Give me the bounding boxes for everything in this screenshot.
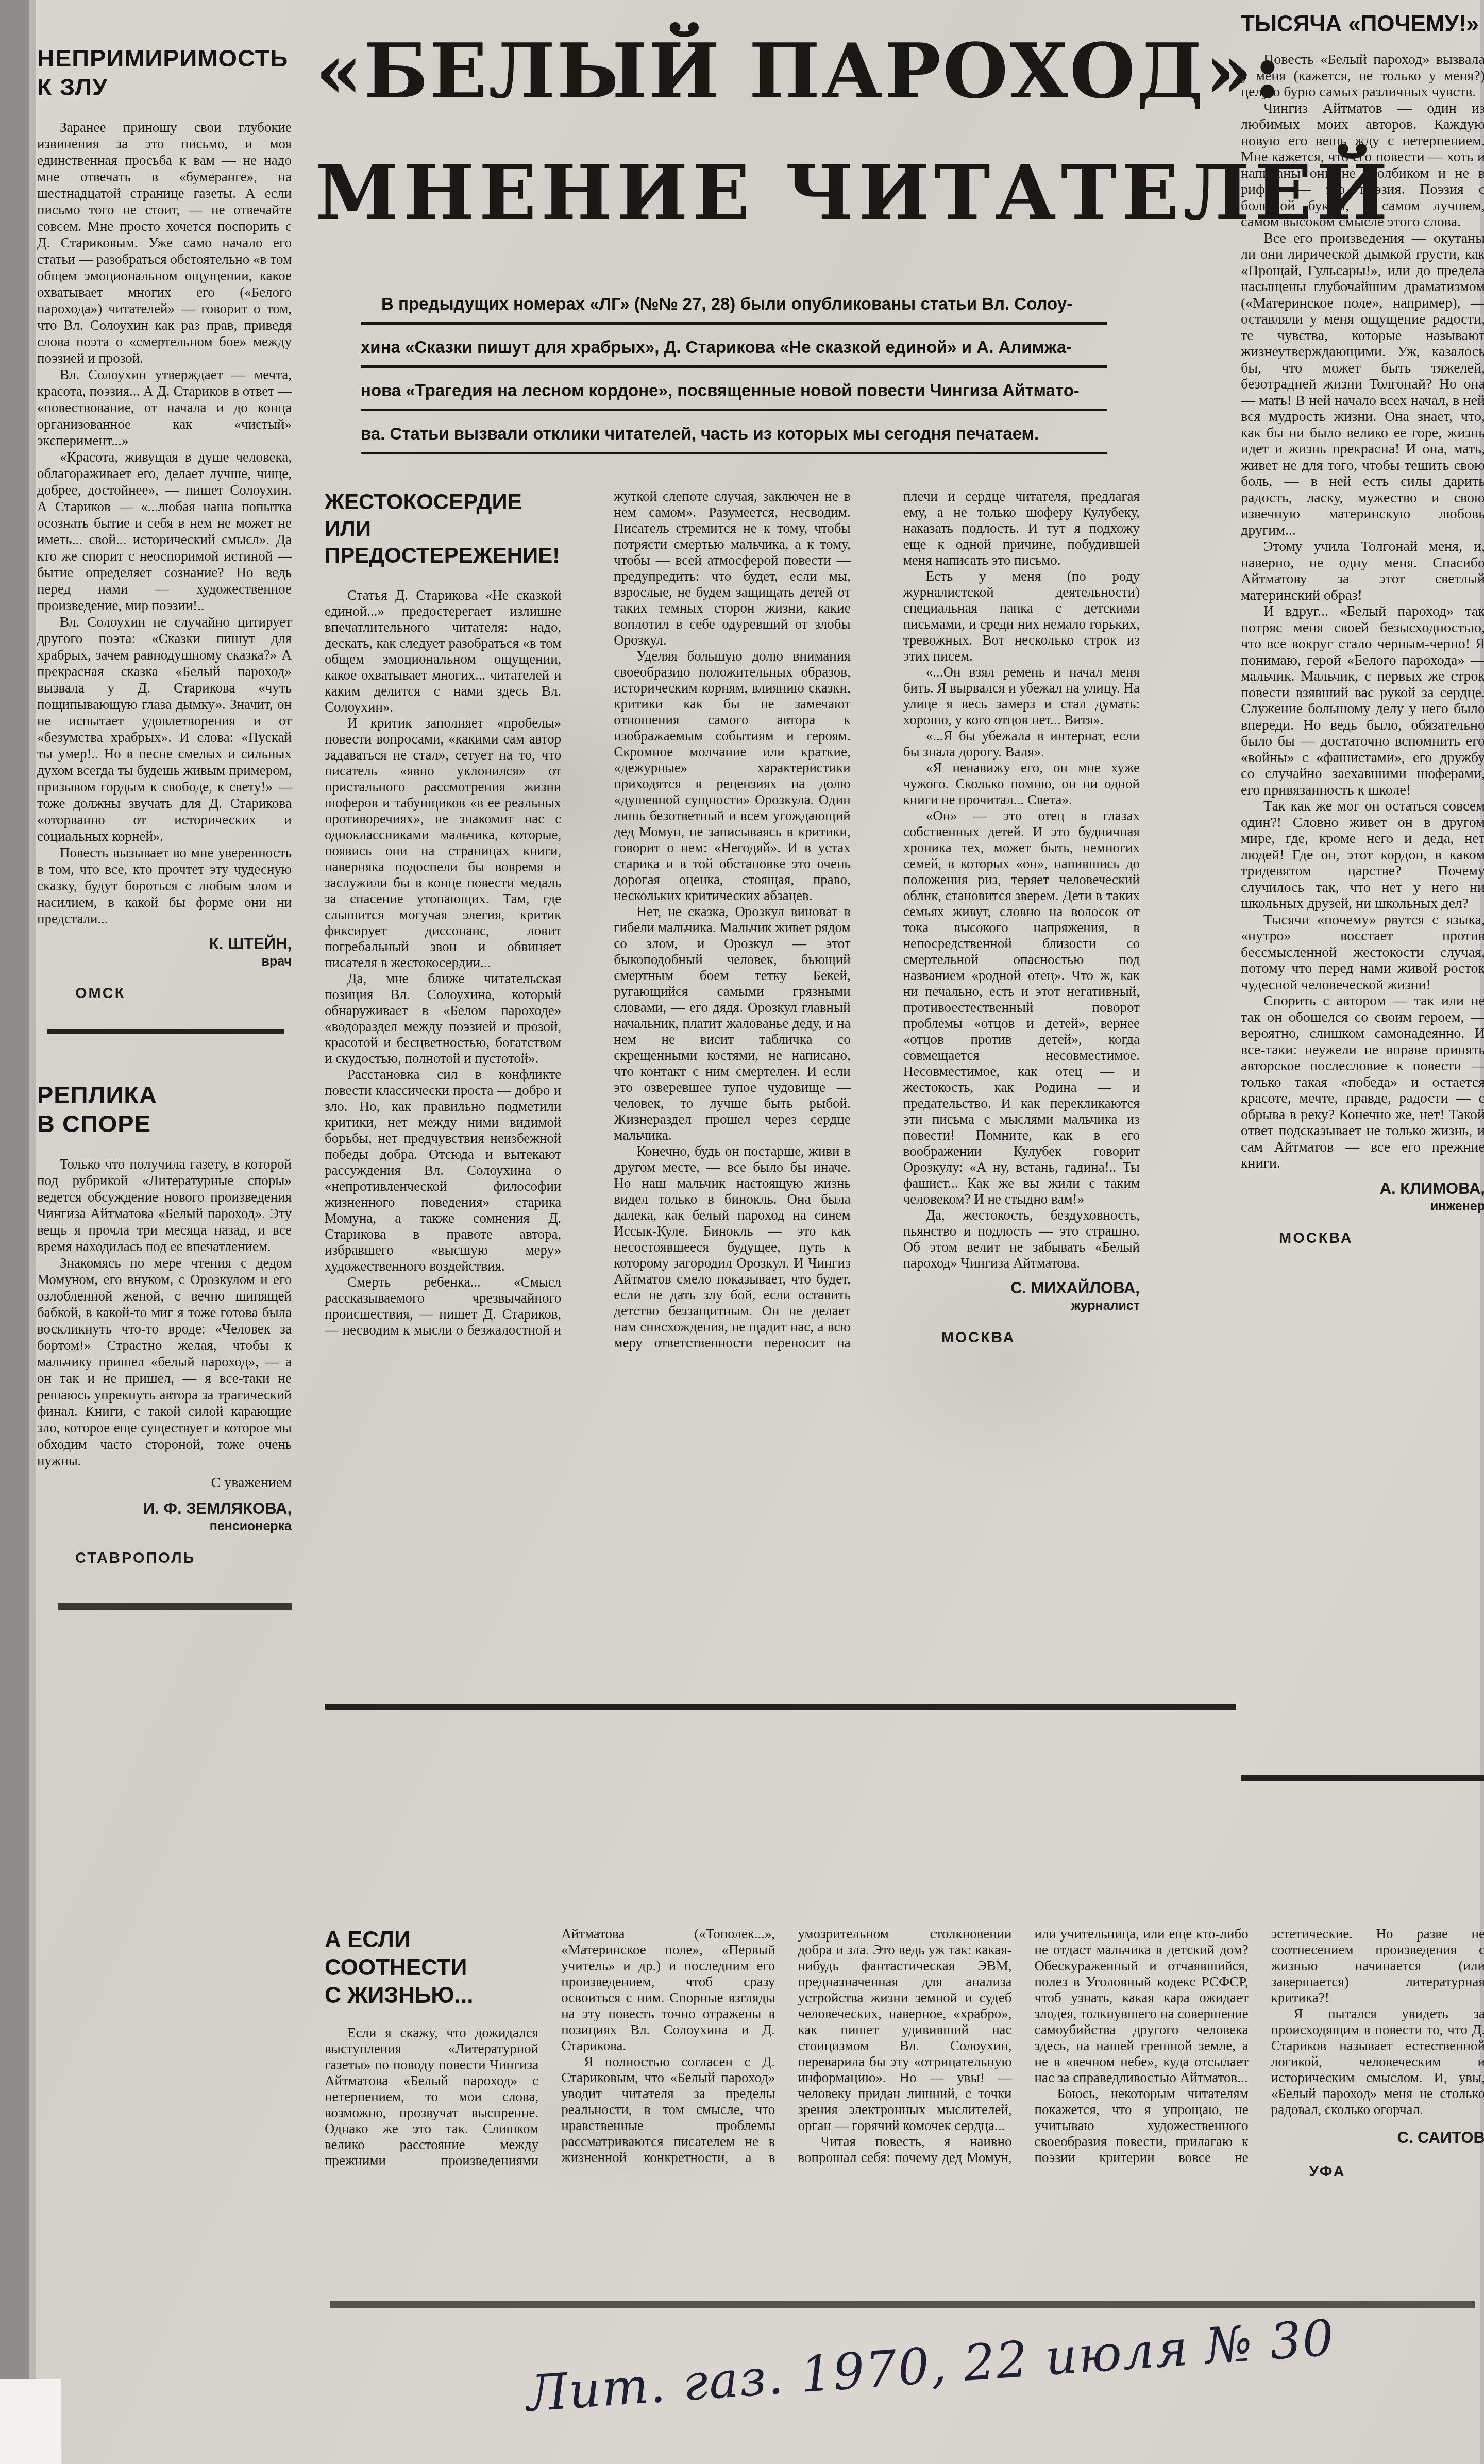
paragraph: «Я ненавижу его, он мне хуже чужого. Ско… bbox=[903, 760, 1140, 808]
title-line: НЕПРИМИРИМОСТЬ bbox=[37, 44, 292, 73]
letter-tysyacha-pochemu: ТЫСЯЧА «ПОЧЕМУ!» Повесть «Белый пароход»… bbox=[1241, 11, 1484, 1727]
paragraph: Чингиз Айтматов — один из любимых моих а… bbox=[1241, 100, 1484, 230]
signature-city: ОМСК bbox=[37, 985, 292, 1002]
page-headline: «БЕЛЫЙ ПАРОХОД»: МНЕНИЕ ЧИТАТЕЛЕЙ bbox=[315, 33, 1104, 232]
paragraph: Знакомясь по мере чтения с дедом Момуном… bbox=[37, 1255, 292, 1469]
scan-left-margin-shade bbox=[29, 0, 36, 2464]
paragraph: Вл. Солоухин утверждает — мечта, красота… bbox=[37, 366, 292, 449]
signature-role: инженер bbox=[1241, 1199, 1484, 1214]
signature-name: С. МИХАЙЛОВА, bbox=[903, 1278, 1140, 1298]
newsprint-clipping: НЕПРИМИРИМОСТЬ К ЗЛУ Заранее приношу сво… bbox=[0, 0, 1484, 2464]
title-line: СООТНЕСТИ bbox=[325, 1954, 538, 1982]
signature-name: И. Ф. ЗЕМЛЯКОВА, bbox=[37, 1499, 292, 1518]
paragraph: Статья Д. Старикова «Не сказкой единой..… bbox=[325, 587, 561, 715]
signature-name: К. ШТЕЙН, bbox=[37, 934, 292, 954]
paragraph: Спорить с автором — так или не так он об… bbox=[1241, 993, 1484, 1172]
title-line: ПРЕДОСТЕРЕЖЕНИЕ! bbox=[325, 542, 561, 569]
paragraph: Заранее приношу свои глубокие извинения … bbox=[37, 119, 292, 366]
paragraph: Только что получила газету, в которой по… bbox=[37, 1156, 292, 1255]
letter-title-zhestokoserdie: ЖЕСТОКОСЕРДИЕ ИЛИ ПРЕДОСТЕРЕЖЕНИЕ! bbox=[325, 488, 561, 569]
paragraph: «Он» — это отец в глазах собственных дет… bbox=[903, 808, 1140, 1207]
signature-role: врач bbox=[37, 954, 292, 969]
title-line: ЖЕСТОКОСЕРДИЕ bbox=[325, 488, 561, 515]
paragraph: Повесть вызывает во мне уверенность в то… bbox=[37, 845, 292, 927]
paragraph: Я пытался увидеть за происходящим в пове… bbox=[1271, 2006, 1484, 2118]
intro-line: В предыдущих номерах «ЛГ» (№№ 27, 28) бы… bbox=[361, 295, 1107, 325]
signature-city: МОСКВА bbox=[903, 1329, 1140, 1346]
title-line: К ЗЛУ bbox=[37, 73, 292, 102]
title-line: В СПОРЕ bbox=[37, 1109, 292, 1138]
title-line: А ЕСЛИ bbox=[325, 1926, 538, 1954]
signature-city: УФА bbox=[1271, 2163, 1484, 2181]
signature-city: СТАВРОПОЛЬ bbox=[37, 1549, 292, 1567]
paragraph: Тысячи «почему» рвутся с языка, «нутро» … bbox=[1241, 912, 1484, 993]
paragraph: Уделяя большую долю внимания своеобразию… bbox=[614, 648, 850, 904]
letter-sootnesti: А ЕСЛИ СООТНЕСТИ С ЖИЗНЬЮ... Если я скаж… bbox=[325, 1926, 1484, 2260]
paragraph: Так как же мог он остаться совсем один?!… bbox=[1241, 798, 1484, 912]
handwritten-archive-note: Лит. газ. 1970, 22 июля № 30 bbox=[525, 2311, 1300, 2423]
bottom-divider bbox=[330, 2301, 1475, 2308]
paragraph: Да, жестокость, бездуховность, пьянство … bbox=[903, 1207, 1140, 1271]
letter-body-tysyacha: Повесть «Белый пароход» вызвала у меня (… bbox=[1241, 52, 1484, 1172]
intro-line: нова «Трагедия на лесном кордоне», посвя… bbox=[361, 381, 1107, 411]
title-line: С ЖИЗНЬЮ... bbox=[325, 1982, 538, 2010]
letter-title-replika: РЕПЛИКА В СПОРЕ bbox=[37, 1081, 292, 1138]
paragraph: Повесть «Белый пароход» вызвала у меня (… bbox=[1241, 52, 1484, 100]
newspaper-page-scan: { "masthead": { "headline_line1": "«БЕЛЫ… bbox=[0, 0, 1484, 2464]
signature-role: журналист bbox=[903, 1298, 1140, 1313]
scan-corner-patch bbox=[0, 2379, 61, 2464]
title-line: ИЛИ bbox=[325, 515, 561, 542]
section-divider bbox=[325, 1704, 1236, 1710]
paragraph: «...Я бы убежала в интернат, если бы зна… bbox=[903, 728, 1140, 760]
paragraph: Вл. Солоухин не случайно цитирует другог… bbox=[37, 614, 292, 845]
scan-left-margin bbox=[0, 0, 29, 2464]
headline-line-1: «БЕЛЫЙ ПАРОХОД»: bbox=[315, 33, 1104, 110]
intro-line: хина «Сказки пишут для храбрых», Д. Стар… bbox=[361, 338, 1107, 368]
paragraph: Этому учила Толгонай меня, и, наверно, н… bbox=[1241, 538, 1484, 603]
paragraph: Все его произведения — окутаны ли они ли… bbox=[1241, 230, 1484, 539]
signature-role: пенсионерка bbox=[37, 1518, 292, 1534]
letter-body-replika: Только что получила газету, в которой по… bbox=[37, 1156, 292, 1469]
intro-line: ва. Статьи вызвали отклики читателей, ча… bbox=[361, 425, 1107, 454]
letter-title-sootnesti: А ЕСЛИ СООТНЕСТИ С ЖИЗНЬЮ... bbox=[325, 1926, 538, 2010]
signature-name: А. КЛИМОВА, bbox=[1241, 1179, 1484, 1199]
paragraph: И критик заполняет «пробелы» повести воп… bbox=[325, 715, 561, 971]
paragraph: И вдруг... «Белый пароход» так потряс ме… bbox=[1241, 603, 1484, 798]
letter-zhestokoserdie: ЖЕСТОКОСЕРДИЕ ИЛИ ПРЕДОСТЕРЕЖЕНИЕ! Стать… bbox=[325, 488, 1140, 1700]
editorial-intro: В предыдущих номерах «ЛГ» (№№ 27, 28) бы… bbox=[361, 295, 1107, 468]
paragraph: «...Он взял ремень и начал меня бить. Я … bbox=[903, 664, 1140, 728]
section-divider bbox=[1241, 1775, 1484, 1781]
letter-body-neprimirimost: Заранее приношу свои глубокие извинения … bbox=[37, 119, 292, 927]
letter-title-tysyacha: ТЫСЯЧА «ПОЧЕМУ!» bbox=[1241, 11, 1484, 37]
section-divider bbox=[58, 1603, 292, 1610]
signature-name: С. САИТОВ bbox=[1271, 2128, 1484, 2148]
paragraph: «Красота, живущая в душе человека, облаг… bbox=[37, 449, 292, 614]
letter-title-neprimirimost: НЕПРИМИРИМОСТЬ К ЗЛУ bbox=[37, 44, 292, 102]
letter-body-zhestokoserdie: Статья Д. Старикова «Не сказкой единой..… bbox=[325, 488, 1140, 1351]
paragraph: Нет, не сказка, Орозкул виноват в гибели… bbox=[614, 904, 850, 1143]
section-divider bbox=[47, 1029, 284, 1034]
signature-prefix: С уважением bbox=[37, 1474, 292, 1492]
paragraph: Расстановка сил в конфликте повести клас… bbox=[325, 1067, 561, 1274]
signature-city: МОСКВА bbox=[1241, 1229, 1484, 1247]
title-line: РЕПЛИКА bbox=[37, 1081, 292, 1109]
paragraph: Да, мне ближе читательская позиция Вл. С… bbox=[325, 971, 561, 1067]
headline-line-2: МНЕНИЕ ЧИТАТЕЛЕЙ bbox=[315, 155, 1104, 232]
left-column: НЕПРИМИРИМОСТЬ К ЗЛУ Заранее приношу сво… bbox=[37, 44, 292, 1610]
paragraph: Есть у меня (по роду журналистской деяте… bbox=[903, 568, 1140, 664]
